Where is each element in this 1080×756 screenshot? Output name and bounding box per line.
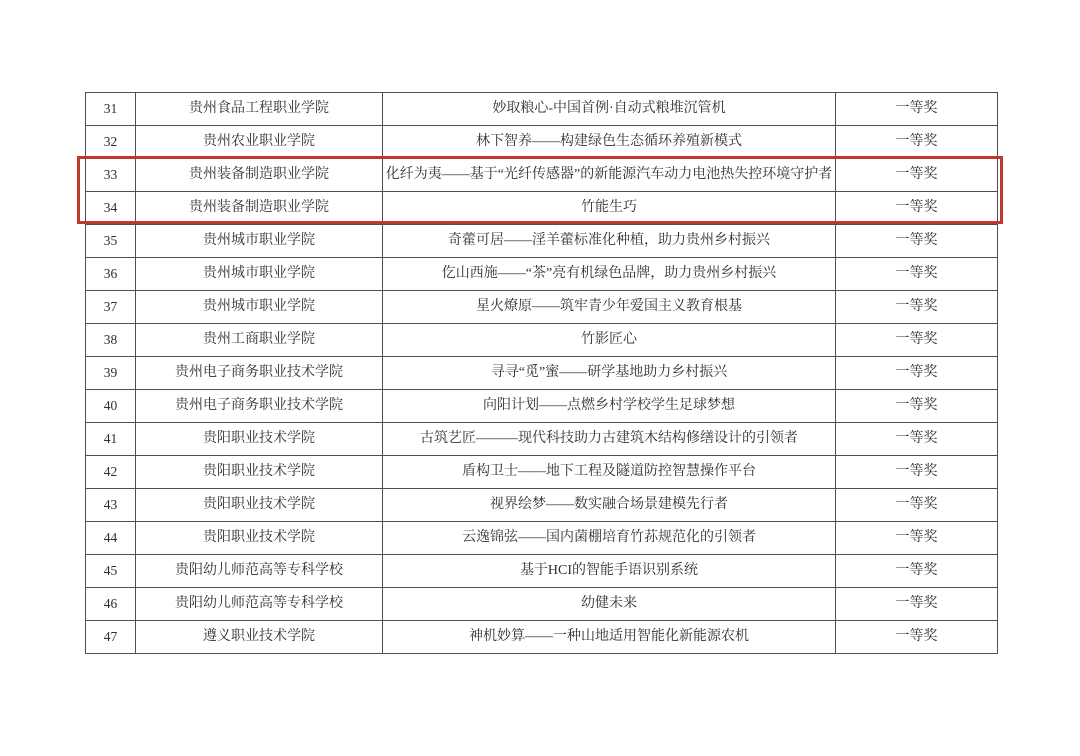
- rank-cell: 35: [85, 225, 136, 257]
- table-row: 37 贵州城市职业学院 星火燎原——筑牢青少年爱国主义教育根基 一等奖: [85, 291, 998, 324]
- rank-cell: 32: [85, 126, 136, 158]
- award-cell: 一等奖: [836, 225, 998, 257]
- table-row: 47 遵义职业技术学院 神机妙算——一种山地适用智能化新能源农机 一等奖: [85, 621, 998, 654]
- award-cell: 一等奖: [836, 588, 998, 620]
- rank-cell: 47: [85, 621, 136, 653]
- project-cell: 向阳计划——点燃乡村学校学生足球梦想: [383, 390, 836, 422]
- rank-cell: 42: [85, 456, 136, 488]
- awards-table: 31 贵州食品工程职业学院 妙取粮心-中国首例·自动式粮堆沉管机 一等奖 32 …: [85, 92, 998, 654]
- school-cell: 贵阳职业技术学院: [136, 423, 383, 455]
- table-row: 38 贵州工商职业学院 竹影匠心 一等奖: [85, 324, 998, 357]
- rank-cell: 45: [85, 555, 136, 587]
- school-cell: 贵州电子商务职业技术学院: [136, 357, 383, 389]
- rank-cell: 46: [85, 588, 136, 620]
- award-cell: 一等奖: [836, 357, 998, 389]
- table-row: 36 贵州城市职业学院 仡山西施——“茶”亮有机绿色品牌，助力贵州乡村振兴 一等…: [85, 258, 998, 291]
- project-cell: 基于HCI的智能手语识别系统: [383, 555, 836, 587]
- award-cell: 一等奖: [836, 621, 998, 653]
- school-cell: 贵州城市职业学院: [136, 225, 383, 257]
- table-row: 41 贵阳职业技术学院 古筑艺匠———现代科技助力古建筑木结构修缮设计的引领者 …: [85, 423, 998, 456]
- table-row: 35 贵州城市职业学院 奇藿可居——淫羊藿标准化种植，助力贵州乡村振兴 一等奖: [85, 225, 998, 258]
- school-cell: 贵州城市职业学院: [136, 258, 383, 290]
- rank-cell: 36: [85, 258, 136, 290]
- award-cell: 一等奖: [836, 192, 998, 224]
- table-row: 45 贵阳幼儿师范高等专科学校 基于HCI的智能手语识别系统 一等奖: [85, 555, 998, 588]
- project-cell: 视界绘梦——数实融合场景建模先行者: [383, 489, 836, 521]
- award-cell: 一等奖: [836, 423, 998, 455]
- rank-cell: 43: [85, 489, 136, 521]
- award-cell: 一等奖: [836, 126, 998, 158]
- table-row: 33 贵州装备制造职业学院 化纤为夷——基于“光纤传感器”的新能源汽车动力电池热…: [85, 159, 998, 192]
- rank-cell: 37: [85, 291, 136, 323]
- rank-cell: 31: [85, 93, 136, 125]
- project-cell: 神机妙算——一种山地适用智能化新能源农机: [383, 621, 836, 653]
- school-cell: 贵阳幼儿师范高等专科学校: [136, 588, 383, 620]
- project-cell: 盾构卫士——地下工程及隧道防控智慧操作平台: [383, 456, 836, 488]
- school-cell: 贵阳职业技术学院: [136, 522, 383, 554]
- award-cell: 一等奖: [836, 456, 998, 488]
- award-cell: 一等奖: [836, 93, 998, 125]
- school-cell: 贵州城市职业学院: [136, 291, 383, 323]
- school-cell: 贵州工商职业学院: [136, 324, 383, 356]
- table-row: 32 贵州农业职业学院 林下智养——构建绿色生态循环养殖新模式 一等奖: [85, 126, 998, 159]
- project-cell: 星火燎原——筑牢青少年爱国主义教育根基: [383, 291, 836, 323]
- project-cell: 奇藿可居——淫羊藿标准化种植，助力贵州乡村振兴: [383, 225, 836, 257]
- rank-cell: 38: [85, 324, 136, 356]
- project-cell: 林下智养——构建绿色生态循环养殖新模式: [383, 126, 836, 158]
- project-cell: 幼健未来: [383, 588, 836, 620]
- school-cell: 贵州农业职业学院: [136, 126, 383, 158]
- table-row: 39 贵州电子商务职业技术学院 寻寻“觅”蜜——研学基地助力乡村振兴 一等奖: [85, 357, 998, 390]
- school-cell: 遵义职业技术学院: [136, 621, 383, 653]
- award-cell: 一等奖: [836, 258, 998, 290]
- school-cell: 贵阳职业技术学院: [136, 489, 383, 521]
- award-cell: 一等奖: [836, 291, 998, 323]
- rank-cell: 40: [85, 390, 136, 422]
- rank-cell: 39: [85, 357, 136, 389]
- table-row: 31 贵州食品工程职业学院 妙取粮心-中国首例·自动式粮堆沉管机 一等奖: [85, 93, 998, 126]
- rank-cell: 33: [85, 159, 136, 191]
- school-cell: 贵州装备制造职业学院: [136, 159, 383, 191]
- project-cell: 化纤为夷——基于“光纤传感器”的新能源汽车动力电池热失控环境守护者: [383, 159, 836, 191]
- rank-cell: 34: [85, 192, 136, 224]
- table-row: 40 贵州电子商务职业技术学院 向阳计划——点燃乡村学校学生足球梦想 一等奖: [85, 390, 998, 423]
- school-cell: 贵州装备制造职业学院: [136, 192, 383, 224]
- award-cell: 一等奖: [836, 489, 998, 521]
- table-row: 44 贵阳职业技术学院 云逸锦弦——国内菌棚培育竹荪规范化的引领者 一等奖: [85, 522, 998, 555]
- award-cell: 一等奖: [836, 522, 998, 554]
- rank-cell: 41: [85, 423, 136, 455]
- award-cell: 一等奖: [836, 555, 998, 587]
- project-cell: 竹能生巧: [383, 192, 836, 224]
- school-cell: 贵阳职业技术学院: [136, 456, 383, 488]
- award-cell: 一等奖: [836, 159, 998, 191]
- project-cell: 古筑艺匠———现代科技助力古建筑木结构修缮设计的引领者: [383, 423, 836, 455]
- table-row: 46 贵阳幼儿师范高等专科学校 幼健未来 一等奖: [85, 588, 998, 621]
- project-cell: 云逸锦弦——国内菌棚培育竹荪规范化的引领者: [383, 522, 836, 554]
- school-cell: 贵州电子商务职业技术学院: [136, 390, 383, 422]
- rank-cell: 44: [85, 522, 136, 554]
- award-cell: 一等奖: [836, 324, 998, 356]
- project-cell: 竹影匠心: [383, 324, 836, 356]
- table-row: 34 贵州装备制造职业学院 竹能生巧 一等奖: [85, 192, 998, 225]
- project-cell: 寻寻“觅”蜜——研学基地助力乡村振兴: [383, 357, 836, 389]
- table-row: 42 贵阳职业技术学院 盾构卫士——地下工程及隧道防控智慧操作平台 一等奖: [85, 456, 998, 489]
- project-cell: 仡山西施——“茶”亮有机绿色品牌，助力贵州乡村振兴: [383, 258, 836, 290]
- award-cell: 一等奖: [836, 390, 998, 422]
- project-cell: 妙取粮心-中国首例·自动式粮堆沉管机: [383, 93, 836, 125]
- table-row: 43 贵阳职业技术学院 视界绘梦——数实融合场景建模先行者 一等奖: [85, 489, 998, 522]
- school-cell: 贵州食品工程职业学院: [136, 93, 383, 125]
- school-cell: 贵阳幼儿师范高等专科学校: [136, 555, 383, 587]
